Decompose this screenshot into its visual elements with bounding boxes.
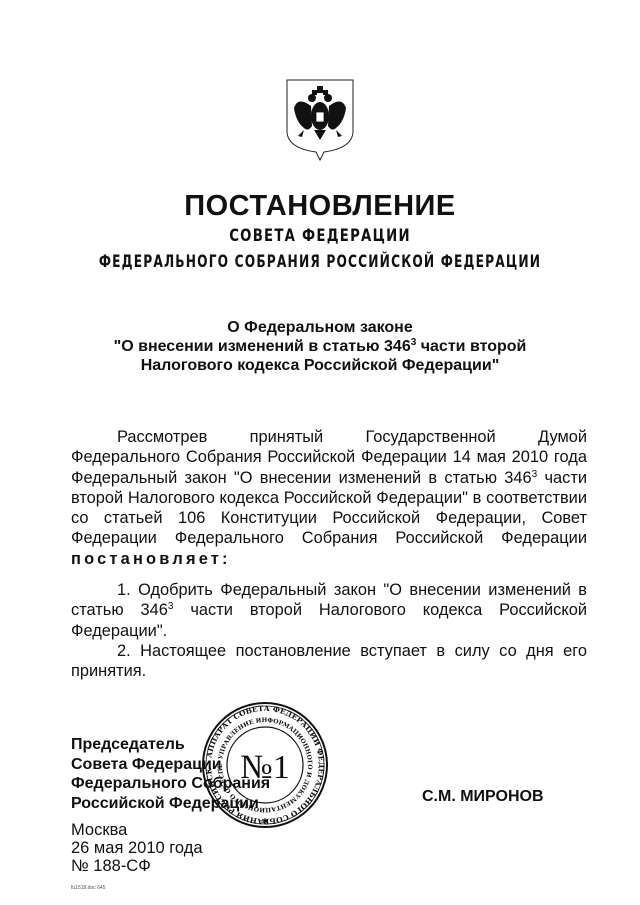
subject-line2-tail: части второй xyxy=(416,338,526,355)
subject-line1: О Федеральном законе xyxy=(0,318,640,337)
double-headed-eagle-icon xyxy=(284,76,356,162)
file-code: fu1518.doc 645 xyxy=(71,885,105,891)
issuer-title-line1: СОВЕТА ФЕДЕРАЦИИ xyxy=(70,226,569,246)
signatory-name: С.М. МИРОНОВ xyxy=(422,788,544,806)
document-subject: О Федеральном законе "О внесении изменен… xyxy=(0,318,640,375)
subject-line3: Налогового кодекса Российской Федерации" xyxy=(0,356,640,375)
item2-text: 2. Настоящее постановление вступает в си… xyxy=(71,642,587,680)
issue-city: Москва xyxy=(71,821,203,839)
svg-text:№1: №1 xyxy=(240,749,289,786)
preamble-text: Рассмотрев принятый Государственной Думо… xyxy=(71,428,587,487)
issuer-title-line2: ФЕДЕРАЛЬНОГО СОБРАНИЯ РОССИЙСКОЙ ФЕДЕРАЦ… xyxy=(90,252,551,272)
official-seal-stamp: АППАРАТ СОВЕТА ФЕДЕРАЦИИ ФЕДЕРАЛЬНОГО СО… xyxy=(200,700,330,830)
seal-icon: АППАРАТ СОВЕТА ФЕДЕРАЦИИ ФЕДЕРАЛЬНОГО СО… xyxy=(200,700,330,830)
resolution-item-1: 1. Одобрить Федеральный закон "О внесени… xyxy=(71,580,587,641)
document-type-title: ПОСТАНОВЛЕНИЕ xyxy=(0,190,640,223)
coat-of-arms-emblem xyxy=(284,76,356,162)
resolution-item-2: 2. Настоящее постановление вступает в си… xyxy=(71,641,587,682)
svg-text:✱: ✱ xyxy=(262,817,269,826)
issue-place-date: Москва 26 мая 2010 года № 188-СФ xyxy=(71,821,203,875)
document-number: № 188-СФ xyxy=(71,857,203,875)
preamble-paragraph: Рассмотрев принятый Государственной Думо… xyxy=(71,427,587,569)
resolves-word: постановляет: xyxy=(71,550,231,568)
subject-line2-text: "О внесении изменений в статью 346 xyxy=(114,338,411,355)
issue-date: 26 мая 2010 года xyxy=(71,839,203,857)
subject-line2: "О внесении изменений в статью 3463 част… xyxy=(0,337,640,356)
